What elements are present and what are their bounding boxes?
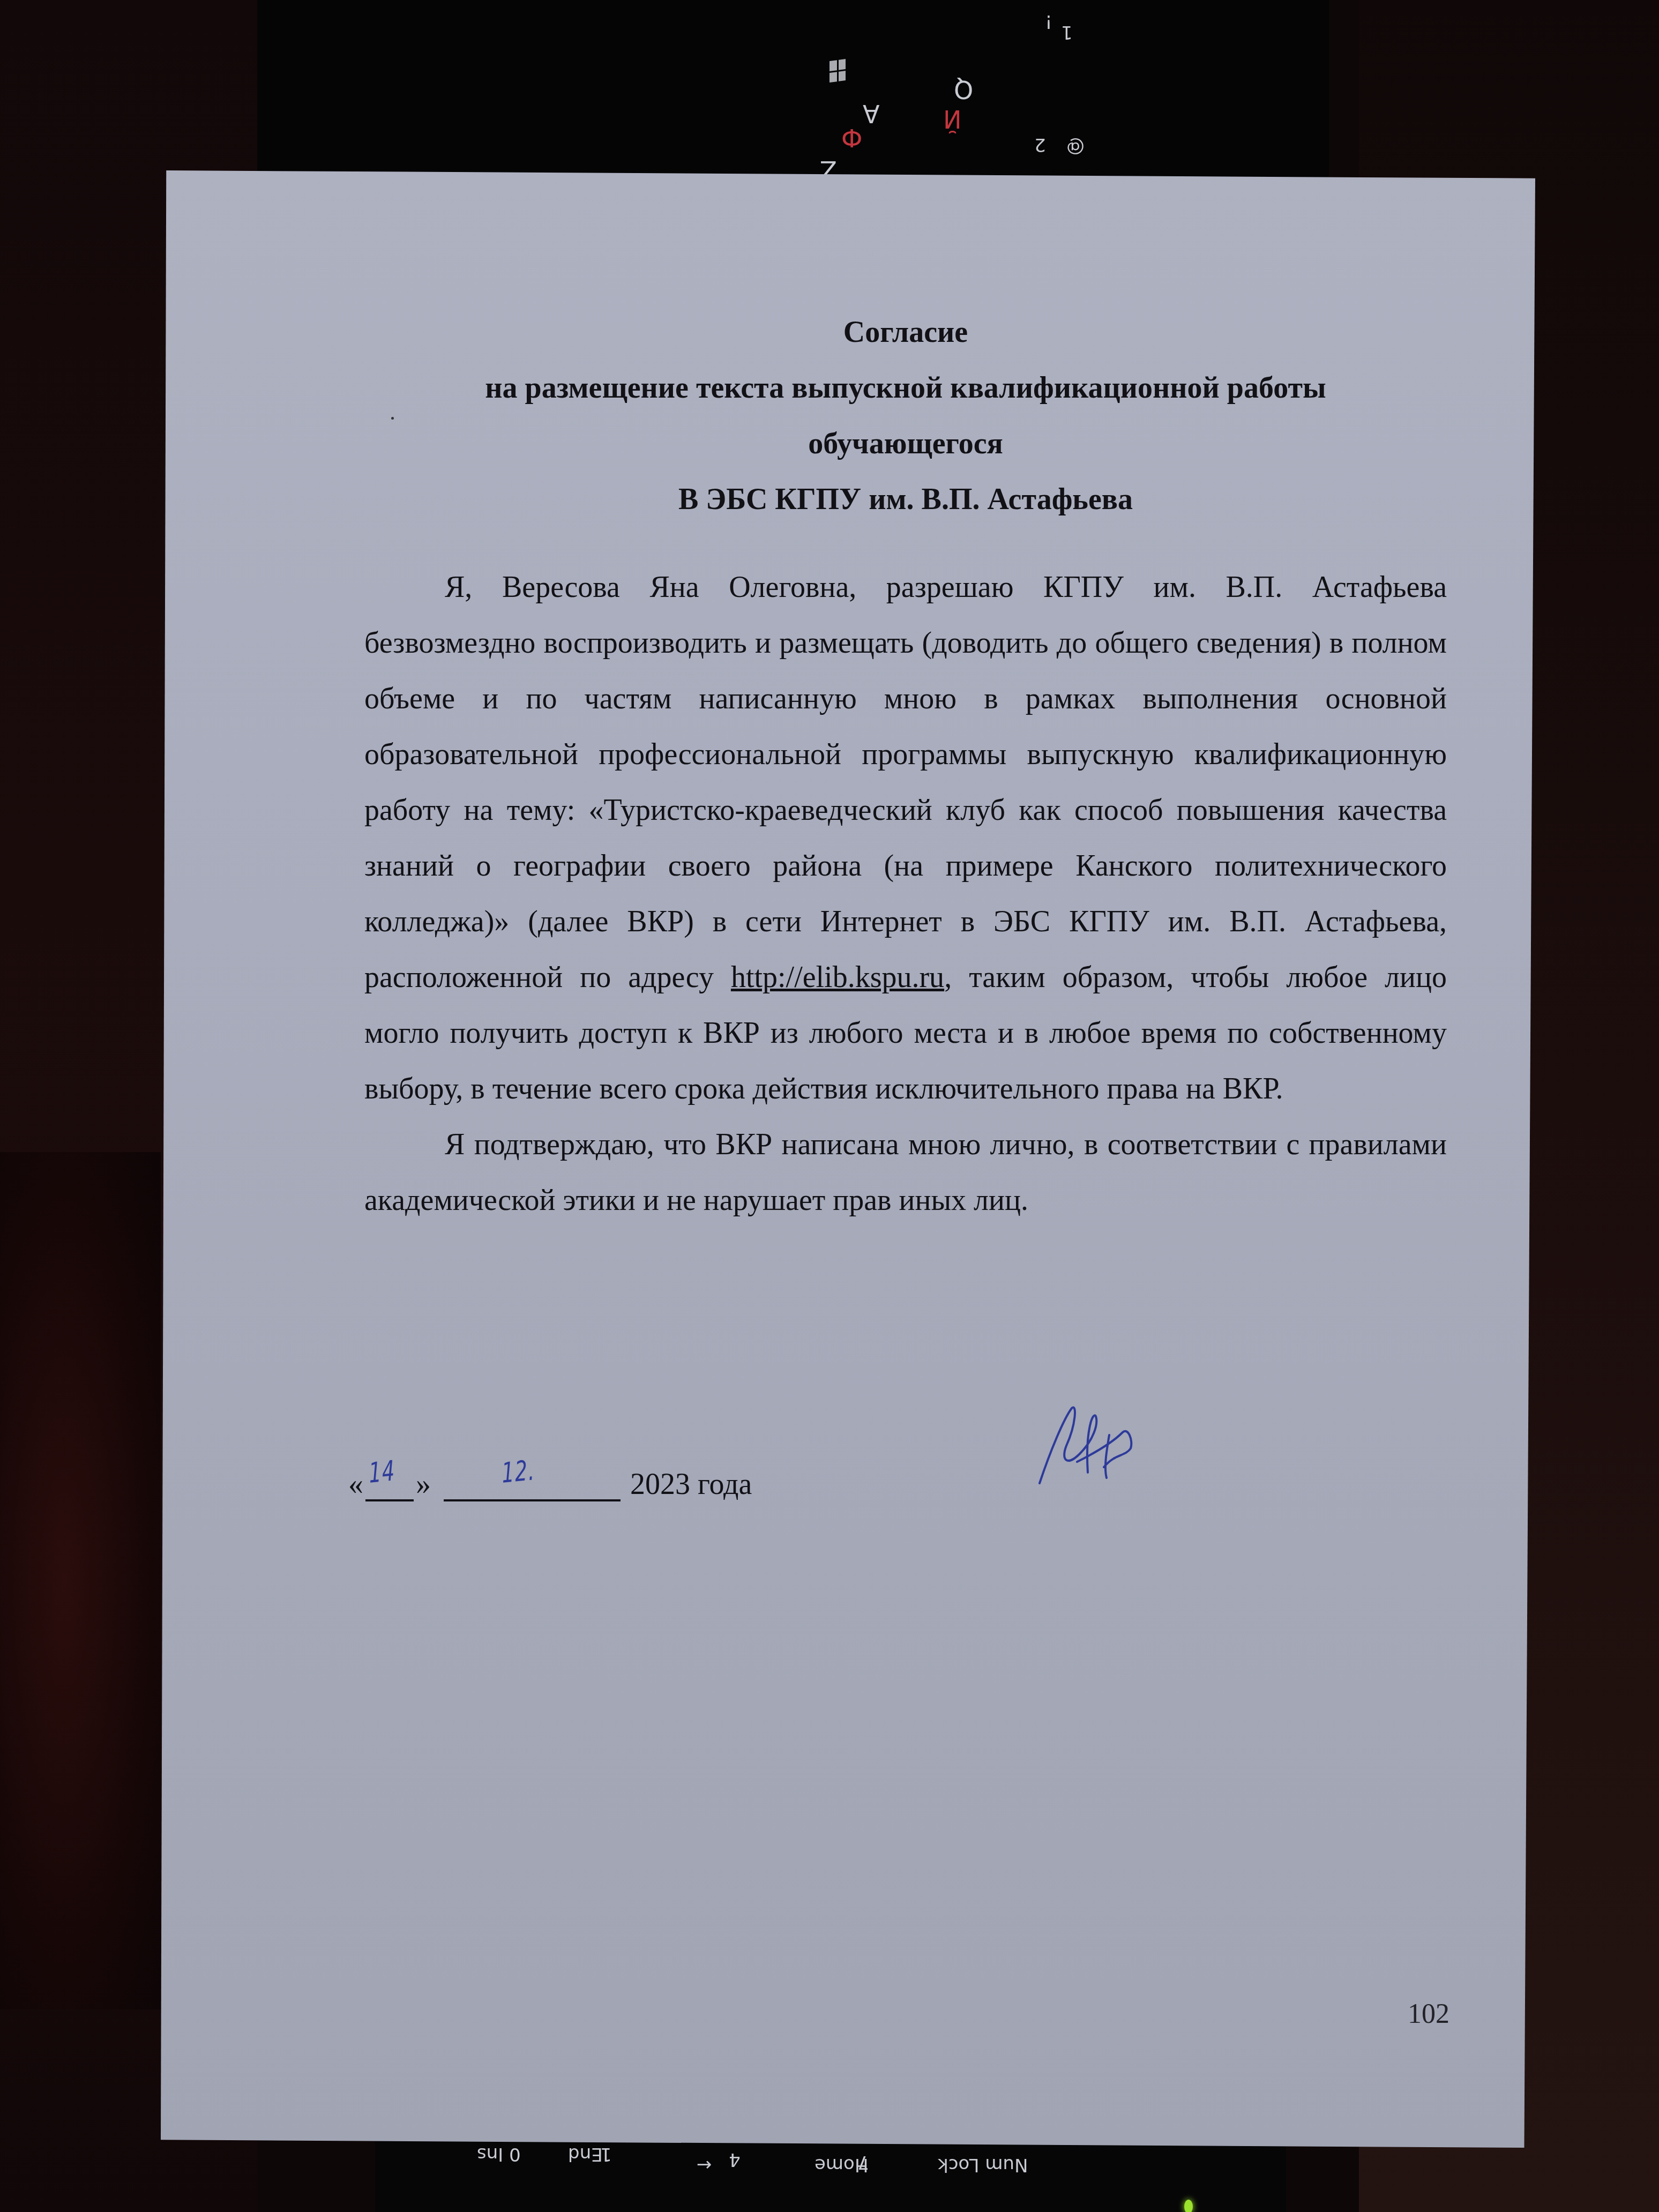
keyboard-top: ! 1 Q Й A Ф Z 2 @	[257, 0, 1329, 193]
key-label: Home	[814, 2154, 868, 2176]
document-page: Согласие на размещение текста выпускной …	[161, 170, 1535, 2148]
title-line: Согласие	[364, 304, 1447, 360]
title-line: обучающегося	[364, 416, 1447, 472]
key-label: End	[568, 2143, 603, 2165]
key-label: !	[1045, 11, 1052, 32]
windows-key-icon	[829, 59, 846, 83]
month-field: 12.	[444, 1469, 621, 1501]
open-quote: «	[348, 1467, 363, 1501]
confirmation-paragraph: Я подтверждаю, что ВКР написана мною лич…	[364, 1117, 1447, 1228]
key-label: Й	[943, 104, 961, 133]
page-content: Согласие на размещение текста выпускной …	[364, 304, 1447, 1228]
key-label: Ф	[841, 123, 863, 152]
key-label: Q	[954, 75, 973, 104]
key-label: @	[1066, 137, 1085, 158]
key-label: 4	[729, 2149, 741, 2170]
key-label: 1	[1061, 21, 1073, 43]
fabric-background	[0, 1152, 161, 2009]
elib-link[interactable]: http://elib.kspu.ru	[731, 961, 944, 994]
close-quote: »	[416, 1467, 431, 1501]
title-line: В ЭБС КГПУ им. В.П. Астафьева	[364, 472, 1447, 527]
year-text: 2023 года	[630, 1467, 752, 1501]
key-label: A	[863, 99, 879, 128]
page-number: 102	[1408, 1998, 1449, 2030]
title-line: на размещение текста выпускной квалифика…	[364, 360, 1447, 416]
key-label: Ins	[477, 2143, 503, 2165]
arrow-left-icon: ←	[697, 2154, 712, 2176]
key-label: 2	[1034, 134, 1046, 155]
handwritten-month: 12.	[501, 1454, 536, 1490]
key-label: 0	[509, 2143, 521, 2165]
document-title: Согласие на размещение текста выпускной …	[364, 304, 1447, 527]
key-label: Num Lock	[938, 2154, 1028, 2176]
numlock-led-icon	[1184, 2200, 1193, 2212]
document-body: Я, Вересова Яна Олеговна, разрешаю КГПУ …	[364, 559, 1447, 1228]
consent-text-before-link: Я, Вересова Яна Олеговна, разрешаю КГПУ …	[364, 571, 1447, 994]
signature-icon	[1034, 1403, 1163, 1489]
consent-paragraph: Я, Вересова Яна Олеговна, разрешаю КГПУ …	[364, 559, 1447, 1117]
day-field: 14	[365, 1469, 414, 1501]
date-line: « 14 » 12. 2023 года	[348, 1467, 752, 1501]
handwritten-day: 14	[368, 1455, 396, 1490]
